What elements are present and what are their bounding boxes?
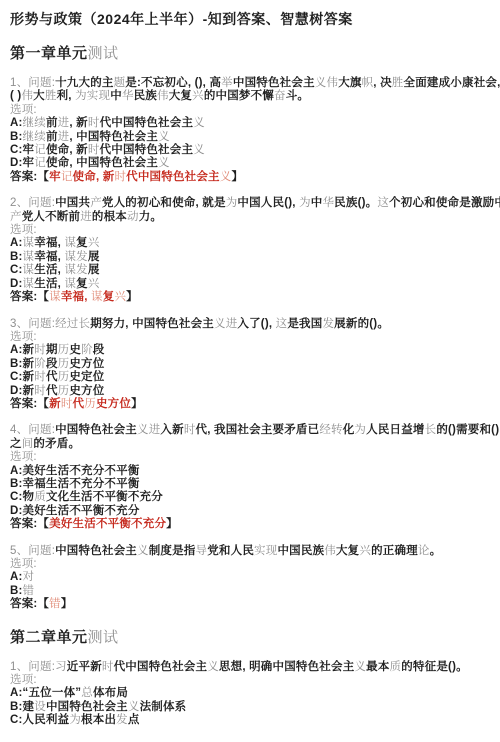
text-segment: 第二章单元 [10,629,88,646]
text-segment: , 新 [69,117,88,129]
text-segment: 对 [23,571,35,583]
text-segment: 历 [84,398,96,410]
text-segment: 谋发 [64,264,87,276]
text-segment: 第一章单元 [10,45,88,62]
text-segment: 党和人民 [207,545,254,557]
text-segment: D:新 [10,385,34,397]
text-segment: 伟 [21,90,33,102]
text-segment: 华 [322,197,334,209]
text-segment: 代中国特色社会主 [100,117,194,129]
text-segment: 实现 [254,545,277,557]
text-segment: 华 [122,90,134,102]
option-line: D:新时代历史方位 [10,385,488,398]
text-segment: C:物 [10,491,34,503]
text-segment: 使命, 中国特色社会主 [46,157,158,169]
text-segment: 前 [46,117,58,129]
text-segment: 中国民族 [277,545,324,557]
text-segment: 谋 [64,237,76,249]
text-segment: 生活, [34,264,64,276]
text-segment: 化 [343,424,355,436]
text-segment: 中 [311,197,323,209]
text-segment: 代中国特色社会主 [114,661,208,673]
text-segment: 历 [58,344,70,356]
text-segment: 时 [34,371,46,383]
text-segment: 谋 [49,291,61,303]
text-segment: 为 [69,714,81,726]
question-block: 1、问题:十九大的主题是:不忘初心, (), 高举中国特色社会主义伟大旗帜, 决… [10,77,488,184]
options-label: 选项: [10,104,488,117]
text-segment: 谋 [23,264,35,276]
text-segment: 错 [49,598,61,610]
text-segment: 进 [58,117,70,129]
text-segment: 义进 [137,424,160,436]
text-segment: 最本 [366,661,389,673]
answer-line: 答案:【美好生活不平衡不充分】 [10,518,488,531]
text-segment: 兴 [192,90,204,102]
text-segment: 代中国特色社会主 [126,171,220,183]
text-segment: B:新 [10,358,34,370]
text-segment: 选项: [10,451,37,463]
text-segment: 大复 [169,90,192,102]
answer-line: 答案:【错】 [10,598,488,611]
text-segment: 阶 [34,358,46,370]
text-segment: 牢 [49,171,61,183]
option-line: C:谋生活, 谋发展 [10,264,488,277]
text-segment: B:建 [10,701,34,713]
text-segment: 选项: [10,104,37,116]
text-segment: 展新的()。 [334,318,389,330]
options-label: 选项: [10,558,488,571]
text-segment: 】 [166,518,178,530]
text-segment: 个初心和使命是激励中国共 [389,197,500,209]
text-segment: D: [10,278,23,290]
text-segment: 代中国特色社会主 [100,144,194,156]
text-segment: 近平新 [67,661,102,673]
text-segment: 谋 [91,291,103,303]
chapter-heading: 第二章单元测试 [10,628,488,648]
text-segment: 史 [69,344,81,356]
text-segment: 复 [76,237,88,249]
text-segment: 谋 [23,251,35,263]
text-segment: 题 [114,77,126,89]
text-segment: 力。 [139,211,162,223]
text-segment: 使命, 新 [46,144,88,156]
text-segment: 代 [46,385,58,397]
text-segment: , 中国特色社会主 [69,131,158,143]
text-segment: C:人民利益 [10,714,69,726]
text-segment: 长 [425,424,437,436]
text-segment: 制度是指 [149,545,196,557]
text-segment: 中国共 [55,197,90,209]
text-segment: 义 [193,117,205,129]
text-segment: B: [10,251,23,263]
text-segment: D:牢 [10,157,34,169]
text-segment: A:新 [10,344,34,356]
text-segment: 帜 [362,77,374,89]
text-segment: 为 [354,424,366,436]
text-segment: 进 [58,131,70,143]
text-segment: 时 [34,344,46,356]
text-segment: 义 [128,701,140,713]
text-segment: D:美好生活不平衡不充分 [10,505,140,517]
text-segment: 美好生活不平衡不充分 [49,518,166,530]
text-segment: ( ) [10,90,21,102]
options-label: 选项: [10,331,488,344]
text-segment: 】 [61,598,73,610]
text-segment: 产 [90,197,102,209]
option-line: C:人民利益为根本出发点 [10,714,488,727]
text-segment: 法制体系 [140,701,187,713]
text-segment: 复 [103,291,115,303]
text-segment: 总 [81,687,93,699]
text-segment: 】 [126,291,138,303]
text-segment: 5、问题: [10,545,55,557]
text-segment: 代 [46,371,58,383]
text-segment: B: [10,131,23,143]
text-segment: 的矛盾。 [33,438,80,450]
text-segment: 期努力, 中国特色社会主 [90,318,214,330]
text-segment: 中国人民(), [237,197,299,209]
text-segment: 中国特色社会主 [55,424,137,436]
text-segment: 记 [61,171,73,183]
text-segment: 论 [418,545,430,557]
text-segment: 1、问题: [10,77,55,89]
option-line: A:美好生活不充分不平衡 [10,465,488,478]
question-text-line: 2、问题:中国共产党人的初心和使命, 就是为中国人民(), 为中华民族()。这个… [10,197,488,210]
options-label: 选项: [10,451,488,464]
text-segment: 的根本 [92,211,127,223]
text-segment: 的正确理 [371,545,418,557]
option-line: B:谋幸福, 谋发展 [10,251,488,264]
text-segment: 幸福, [34,251,64,263]
text-segment: 展 [88,264,100,276]
question-text-line: 4、问题:中国特色社会主义进入新时代, 我国社会主要矛盾已经转化为人民日益增长的… [10,424,488,437]
text-segment: 测试 [88,629,119,646]
option-line: B:错 [10,585,488,598]
text-segment: 历 [58,385,70,397]
text-segment: 时 [61,398,73,410]
text-segment: 思想, 明确中国特色社会主 [219,661,355,673]
text-segment: 。 [430,545,442,557]
text-segment: 的特征是()。 [401,661,468,673]
text-segment: 党人不断前 [22,211,81,223]
text-segment: 4、问题: [10,424,55,436]
text-segment: 中国特色社会主 [233,77,315,89]
question-block: 4、问题:中国特色社会主义进入新时代, 我国社会主要矛盾已经转化为人民日益增长的… [10,424,488,531]
text-segment: 大复 [336,545,359,557]
text-segment: 全面建成小康社会, [404,77,500,89]
text-segment: 展 [88,251,100,263]
text-segment: A:“五位一体” [10,687,81,699]
text-segment: 阶 [81,344,93,356]
doc-title: 形势与政策（2024年上半年）-知到答案、智慧树答案 [10,10,488,28]
text-segment: 义 [220,171,232,183]
text-segment: 入了(), [237,318,275,330]
text-segment: 历 [58,358,70,370]
text-segment: 历 [58,371,70,383]
question-block: 5、问题:中国特色社会主义制度是指导党和人民实现中国民族伟大复兴的正确理论。选项… [10,545,488,612]
text-segment: 时 [34,385,46,397]
text-segment: 选项: [10,674,37,686]
option-line: B:新阶段历史方位 [10,358,488,371]
text-segment: 伟 [324,545,336,557]
text-segment: 错 [23,585,35,597]
text-segment: 这 [377,197,389,209]
option-line: B:幸福生活不充分不平衡 [10,478,488,491]
question-text-line: 5、问题:中国特色社会主义制度是指导党和人民实现中国民族伟大复兴的正确理论。 [10,545,488,558]
text-segment: 为实现 [75,90,110,102]
text-segment: 继续 [23,117,46,129]
option-line: D:谋生活, 谋复兴 [10,278,488,291]
text-segment: 质 [34,491,46,503]
text-segment: 人民日益增 [366,424,425,436]
text-segment: 十九大的主 [55,77,114,89]
text-segment: 答案:【 [10,518,49,530]
option-line: B:建设中国特色社会主义法制体系 [10,701,488,714]
text-segment: C: [10,264,23,276]
text-segment: 文化生活不平衡不充分 [46,491,163,503]
chapter-heading: 第一章单元测试 [10,44,488,64]
question-text-line: 之间的矛盾。 [10,438,488,451]
answer-line: 答案:【谋幸福, 谋复兴】 [10,291,488,304]
option-line: B:继续前进, 中国特色社会主义 [10,131,488,144]
question-text-line: 3、问题:经过长期努力, 中国特色社会主义进入了(), 这是我国发展新的()。 [10,318,488,331]
answers-document: 形势与政策（2024年上半年）-知到答案、智慧树答案 第一章单元测试1、问题:十… [0,0,500,742]
text-segment: 大旗 [338,77,361,89]
text-segment: 斗。 [286,90,309,102]
text-segment: 段 [93,344,105,356]
text-segment: 幸福, [61,291,91,303]
text-segment: 之 [10,438,22,450]
text-segment: 答案:【 [10,398,49,410]
text-segment: 这 [276,318,288,330]
text-segment: C:新 [10,371,34,383]
text-segment: 是我国 [287,318,322,330]
text-segment: 胜 [45,90,57,102]
text-segment: 奋 [274,90,286,102]
question-text-line: 1、问题:十九大的主题是:不忘初心, (), 高举中国特色社会主义伟大旗帜, 决… [10,77,488,90]
text-segment: 时 [102,661,114,673]
text-segment: 经转 [319,424,342,436]
text-segment: 时 [114,171,126,183]
text-segment: 民族()。 [334,197,377,209]
text-segment: 义 [137,545,149,557]
text-segment: 段 [46,358,58,370]
text-segment: 谋 [23,278,35,290]
text-segment: 间 [22,438,34,450]
text-segment: 3、问题:经过长 [10,318,90,330]
option-line: A:继续前进, 新时代中国特色社会主义 [10,117,488,130]
text-segment: 选项: [10,224,37,236]
text-segment: 党人的初心和使命, 就是 [102,197,226,209]
text-segment: 兴 [114,291,126,303]
text-segment: 义进 [214,318,237,330]
text-segment: 义 [193,144,205,156]
text-segment: 时 [184,424,196,436]
option-line: A:“五位一体”总体布局 [10,687,488,700]
text-segment: 1、问题:习 [10,661,67,673]
text-segment: 答案:【 [10,291,49,303]
text-segment: A: [10,237,23,249]
text-segment: 幸福, [34,237,64,249]
text-segment: 谋发 [64,251,87,263]
text-segment: 前 [46,131,58,143]
text-segment: 史方位 [69,385,104,397]
text-segment: 史方位 [69,358,104,370]
option-line: C:物质文化生活不平衡不充分 [10,491,488,504]
text-segment: 胜 [392,77,404,89]
text-segment: 代 [73,398,85,410]
text-segment: 选项: [10,558,37,570]
text-segment: 兴 [88,278,100,290]
text-segment: 答案:【 [10,171,49,183]
question-text-line: ( )伟大胜利, 为实现中华民族伟大复兴的中国梦不懈奋斗。 [10,90,488,103]
option-line: C:牢记使命, 新时代中国特色社会主义 [10,144,488,157]
text-segment: 中国特色社会主 [46,701,128,713]
text-segment: 导 [196,545,208,557]
text-segment: 2、问题: [10,197,55,209]
text-segment: 义伟 [315,77,338,89]
text-segment: A: [10,117,23,129]
text-segment: 义 [207,661,219,673]
text-segment: 的中国梦不懈 [204,90,274,102]
text-segment: 新 [49,398,61,410]
answer-line: 答案:【新时代历史方位】 [10,398,488,411]
text-segment: 发 [322,318,334,330]
option-line: A:对 [10,571,488,584]
options-label: 选项: [10,674,488,687]
text-segment: 举 [221,77,233,89]
text-segment: 答案:【 [10,598,49,610]
question-block: 2、问题:中国共产党人的初心和使命, 就是为中国人民(), 为中华民族()。这个… [10,197,488,304]
text-segment: 设 [34,701,46,713]
question-block: 3、问题:经过长期努力, 中国特色社会主义进入了(), 这是我国发展新的()。选… [10,318,488,412]
text-segment: 体布局 [93,687,128,699]
text-segment: , 决 [373,77,392,89]
text-segment: 根本出 [81,714,116,726]
text-segment: 兴 [88,237,100,249]
text-segment: 发 [116,714,128,726]
text-segment: 谋 [64,278,76,290]
text-segment: C:牢 [10,144,34,156]
answer-line: 答案:【牢记使命, 新时代中国特色社会主义】 [10,171,488,184]
text-segment: 民族 [134,90,157,102]
option-line: D:美好生活不平衡不充分 [10,505,488,518]
text-segment: 的()需要和()的 [436,424,500,436]
text-segment: 是:不忘初心, (), 高 [125,77,221,89]
text-segment: 义 [158,157,170,169]
text-segment: 进 [80,211,92,223]
text-segment: 期 [46,344,58,356]
option-line: A:新时期历史阶段 [10,344,488,357]
text-segment: 生活, [34,278,64,290]
text-segment: 继续 [23,131,46,143]
text-segment: 代, 我国社会主要矛盾已 [196,424,320,436]
text-segment: 义 [354,661,366,673]
text-segment: 时 [88,144,100,156]
option-line: A:谋幸福, 谋复兴 [10,237,488,250]
text-segment: 复 [76,278,88,290]
text-segment: 入新 [160,424,183,436]
text-segment: 时 [88,117,100,129]
text-segment: 义 [158,131,170,143]
text-segment: 中国特色社会主 [55,545,137,557]
text-segment: A: [10,571,23,583]
text-segment: 质 [390,661,402,673]
text-segment: B: [10,585,23,597]
text-segment: 选项: [10,331,37,343]
text-segment: A:美好生活不充分不平衡 [10,465,140,477]
text-segment: 为 [299,197,311,209]
text-segment: 中 [110,90,122,102]
text-segment: 利, [57,90,76,102]
text-segment: 大 [33,90,45,102]
text-segment: 测试 [88,45,119,62]
text-segment: 】 [231,171,243,183]
text-segment: 产 [10,211,22,223]
question-text-line: 1、问题:习近平新时代中国特色社会主义思想, 明确中国特色社会主义最本质的特征是… [10,661,488,674]
text-segment: 史方位 [96,398,131,410]
question-text-line: 产党人不断前进的根本动力。 [10,211,488,224]
option-line: C:新时代历史定位 [10,371,488,384]
text-segment: 记 [34,157,46,169]
text-segment: 点 [128,714,140,726]
text-segment: 动 [127,211,139,223]
text-segment: 使命, 新 [73,171,115,183]
options-label: 选项: [10,224,488,237]
text-segment: 为 [226,197,238,209]
text-segment: 史定位 [69,371,104,383]
text-segment: 】 [131,398,143,410]
text-segment: 记 [34,144,46,156]
question-block: 1、问题:习近平新时代中国特色社会主义思想, 明确中国特色社会主义最本质的特征是… [10,661,488,728]
text-segment: 伟 [157,90,169,102]
text-segment: 谋 [23,237,35,249]
text-segment: B:幸福生活不充分不平衡 [10,478,140,490]
option-line: D:牢记使命, 中国特色社会主义 [10,157,488,170]
text-segment: 兴 [359,545,371,557]
